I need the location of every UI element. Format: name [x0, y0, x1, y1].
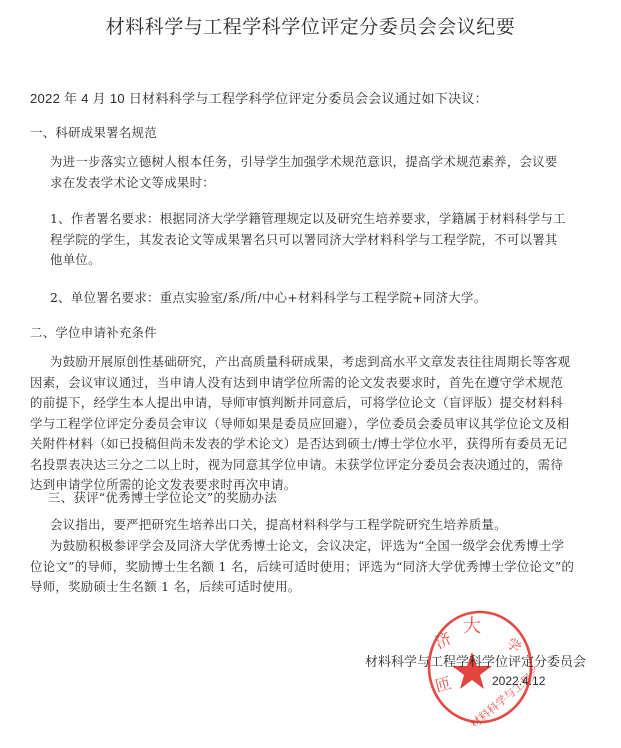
stamp-char-left-top: 济 — [432, 628, 455, 652]
svg-text:大: 大 — [463, 616, 481, 637]
section-3-paragraph-reward: 为鼓励积极参评学会及同济大学优秀博士论文，会议决定，评选为“全国一级学会优秀博士… — [30, 536, 575, 598]
section-3-heading: 三、获评“优秀博士学位论文”的奖励办法 — [48, 488, 277, 509]
section-3-paragraph-quality: 会议指出，要严把研究生培养出口关，提高材料科学与工程学院研究生培养质量。 — [30, 515, 575, 536]
section-2-heading: 二、学位申请补充条件 — [30, 323, 157, 344]
signature-committee: 材料科学与工程学科学位评定分委员会 — [365, 651, 586, 670]
section-1-paragraph-unit: 2、单位署名要求：重点实验室/系/所/中心+材料科学与工程学院+同济大学。 — [50, 288, 486, 309]
document-page: 材料科学与工程学科学位评定分委员会会议纪要 2022 年 4 月 10 日材料科… — [0, 0, 621, 748]
svg-text:匝: 匝 — [433, 673, 453, 695]
section-1-paragraph-author: 1、作者署名要求：根据同济大学学籍管理规定以及研究生培养要求，学籍属于材料科学与… — [50, 209, 570, 271]
document-title: 材料科学与工程学科学位评定分委员会会议纪要 — [0, 12, 621, 39]
signature-date: 2022.4.12 — [492, 674, 545, 688]
lead-paragraph: 2022 年 4 月 10 日材料科学与工程学科学位评定分委员会会议通过如下决议… — [30, 89, 488, 110]
section-2-paragraph: 为鼓励开展原创性基础研究，产出高质量科研成果，考虑到高水平文章发表往往周期长等客… — [30, 352, 575, 496]
section-1-paragraph-intro: 为进一步落实立德树人根本任务，引导学生加强学术规范意识，提高学术规范素养，会议要… — [50, 152, 570, 193]
section-1-heading: 一、科研成果署名规范 — [30, 123, 157, 144]
